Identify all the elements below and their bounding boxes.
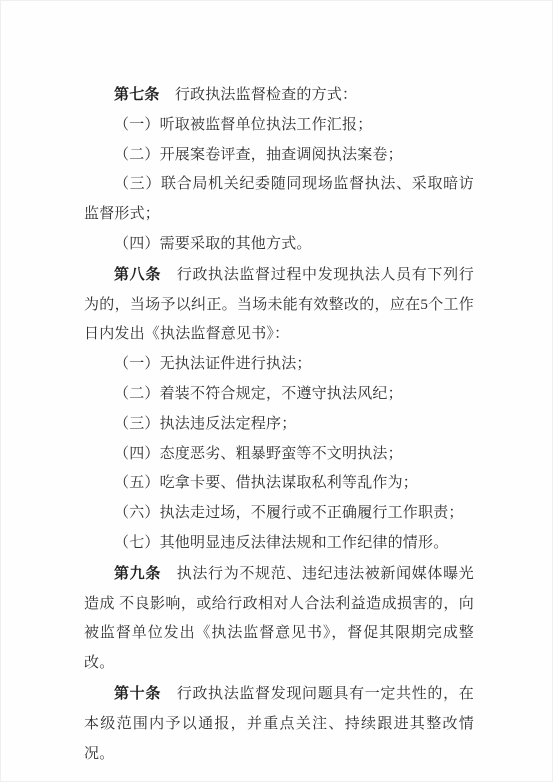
paragraph-text: 行政执法监督检查的方式： — [175, 87, 357, 103]
article-number: 第九条 — [114, 565, 161, 582]
list-item-paragraph: （六）执法走过场，不履行或不正确履行工作职责； — [84, 499, 474, 529]
paragraph-text: （三）联合局机关纪委随同现场监督执法、采取暗访监督形式； — [84, 176, 474, 222]
paragraph-text: （一）听取被监督单位执法工作汇报； — [114, 117, 372, 133]
article-number: 第七条 — [114, 86, 160, 103]
list-item-paragraph: （五）吃拿卡要、借执法谋取私利等乱作为； — [84, 469, 474, 499]
list-item-paragraph: （二）开展案卷评查，抽查调阅执法案卷； — [84, 141, 474, 171]
list-item-paragraph: （四）需要采取的其他方式。 — [84, 230, 474, 260]
article-paragraph: 第九条 执法行为不规范、违纪违法被新闻媒体曝光造成 不良影响，或给行政相对人合法… — [84, 559, 474, 679]
list-item-paragraph: （一）听取被监督单位执法工作汇报； — [84, 111, 474, 141]
paragraph-text: （五）吃拿卡要、借执法谋取私利等乱作为； — [114, 475, 418, 491]
article-number: 第八条 — [114, 266, 161, 283]
list-item-paragraph: （一）无执法证件进行执法； — [84, 350, 474, 380]
paragraph-text: （六）执法走过场，不履行或不正确履行工作职责； — [114, 505, 464, 521]
list-item-paragraph: （二）着装不符合规定，不遵守执法风纪； — [84, 380, 474, 410]
paragraph-text: （三）执法违反法定程序； — [114, 416, 296, 432]
list-item-paragraph: （七）其他明显违反法律法规和工作纪律的情形。 — [84, 529, 474, 559]
article-paragraph: 第八条 行政执法监督过程中发现执法人员有下列行为的，当场予以纠正。当场未能有效整… — [84, 260, 474, 350]
article-paragraph: 第七条 行政执法监督检查的方式： — [84, 80, 474, 111]
document-page: 第七条 行政执法监督检查的方式：（一）听取被监督单位执法工作汇报；（二）开展案卷… — [0, 0, 553, 782]
document-body: 第七条 行政执法监督检查的方式：（一）听取被监督单位执法工作汇报；（二）开展案卷… — [84, 80, 474, 769]
list-item-paragraph: （三）联合局机关纪委随同现场监督执法、采取暗访监督形式； — [84, 170, 474, 230]
list-item-paragraph: （四）态度恶劣、粗暴野蛮等不文明执法； — [84, 440, 474, 470]
paragraph-text: （二）开展案卷评查，抽查调阅执法案卷； — [114, 147, 403, 163]
paragraph-text: （四）需要采取的其他方式。 — [114, 236, 312, 252]
paragraph-text: （四）态度恶劣、粗暴野蛮等不文明执法； — [114, 446, 403, 462]
list-item-paragraph: （三）执法违反法定程序； — [84, 410, 474, 440]
paragraph-text: （二）着装不符合规定，不遵守执法风纪； — [114, 386, 403, 402]
article-paragraph: 第十条 行政执法监督发现问题具有一定共性的，在本级范围内予以通报，并重点关注、持… — [84, 679, 474, 769]
paragraph-text: （七）其他明显违反法律法规和工作纪律的情形。 — [114, 535, 448, 551]
paragraph-text: （一）无执法证件进行执法； — [114, 356, 312, 372]
article-number: 第十条 — [114, 685, 161, 702]
